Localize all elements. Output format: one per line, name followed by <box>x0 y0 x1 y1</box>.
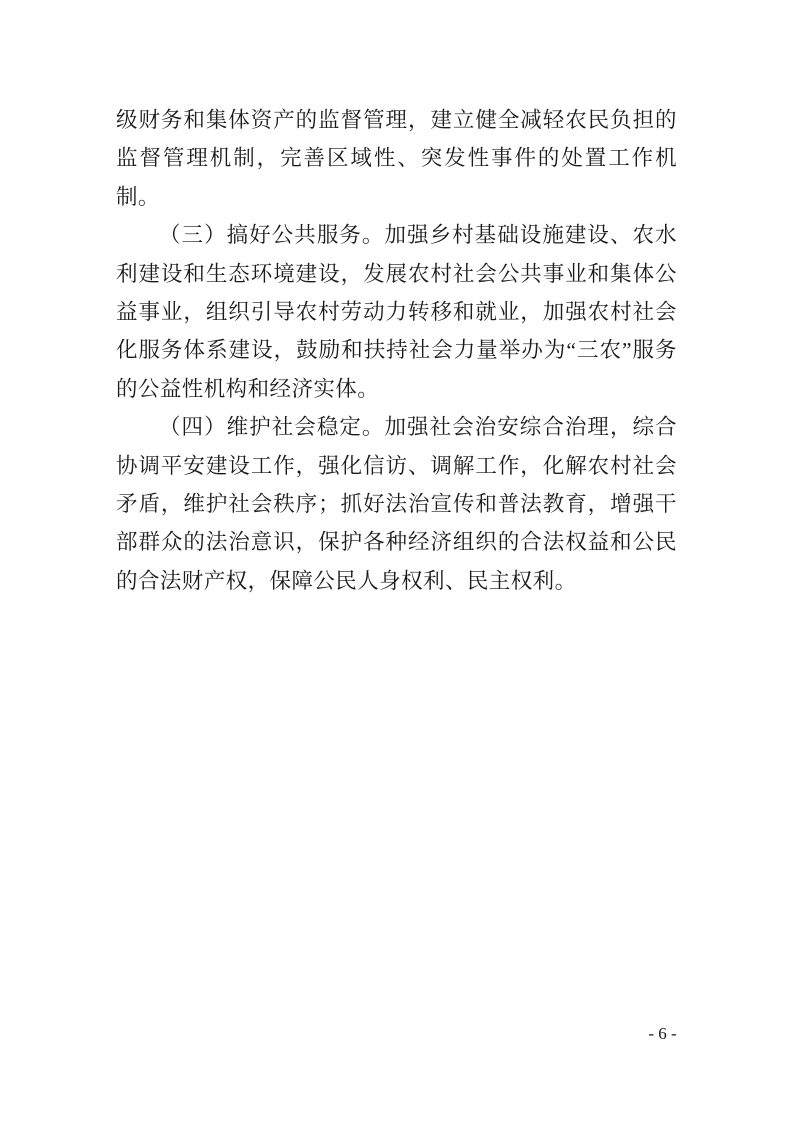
document-page: 级财务和集体资产的监督管理，建立健全减轻农民负担的监督管理机制，完善区域性、突发… <box>0 0 793 1122</box>
body-paragraph-continuation: 级财务和集体资产的监督管理，建立健全减轻农民负担的监督管理机制，完善区域性、突发… <box>116 101 677 216</box>
body-paragraph-section-4: （四）维护社会稳定。加强社会治安综合治理，综合协调平安建设工作，强化信访、调解工… <box>116 408 677 600</box>
body-paragraph-section-3: （三）搞好公共服务。加强乡村基础设施建设、农水利建设和生态环境建设，发展农村社会… <box>116 216 677 408</box>
page-number: - 6 - <box>625 1024 700 1044</box>
document-body: 级财务和集体资产的监督管理，建立健全减轻农民负担的监督管理机制，完善区域性、突发… <box>116 101 677 600</box>
